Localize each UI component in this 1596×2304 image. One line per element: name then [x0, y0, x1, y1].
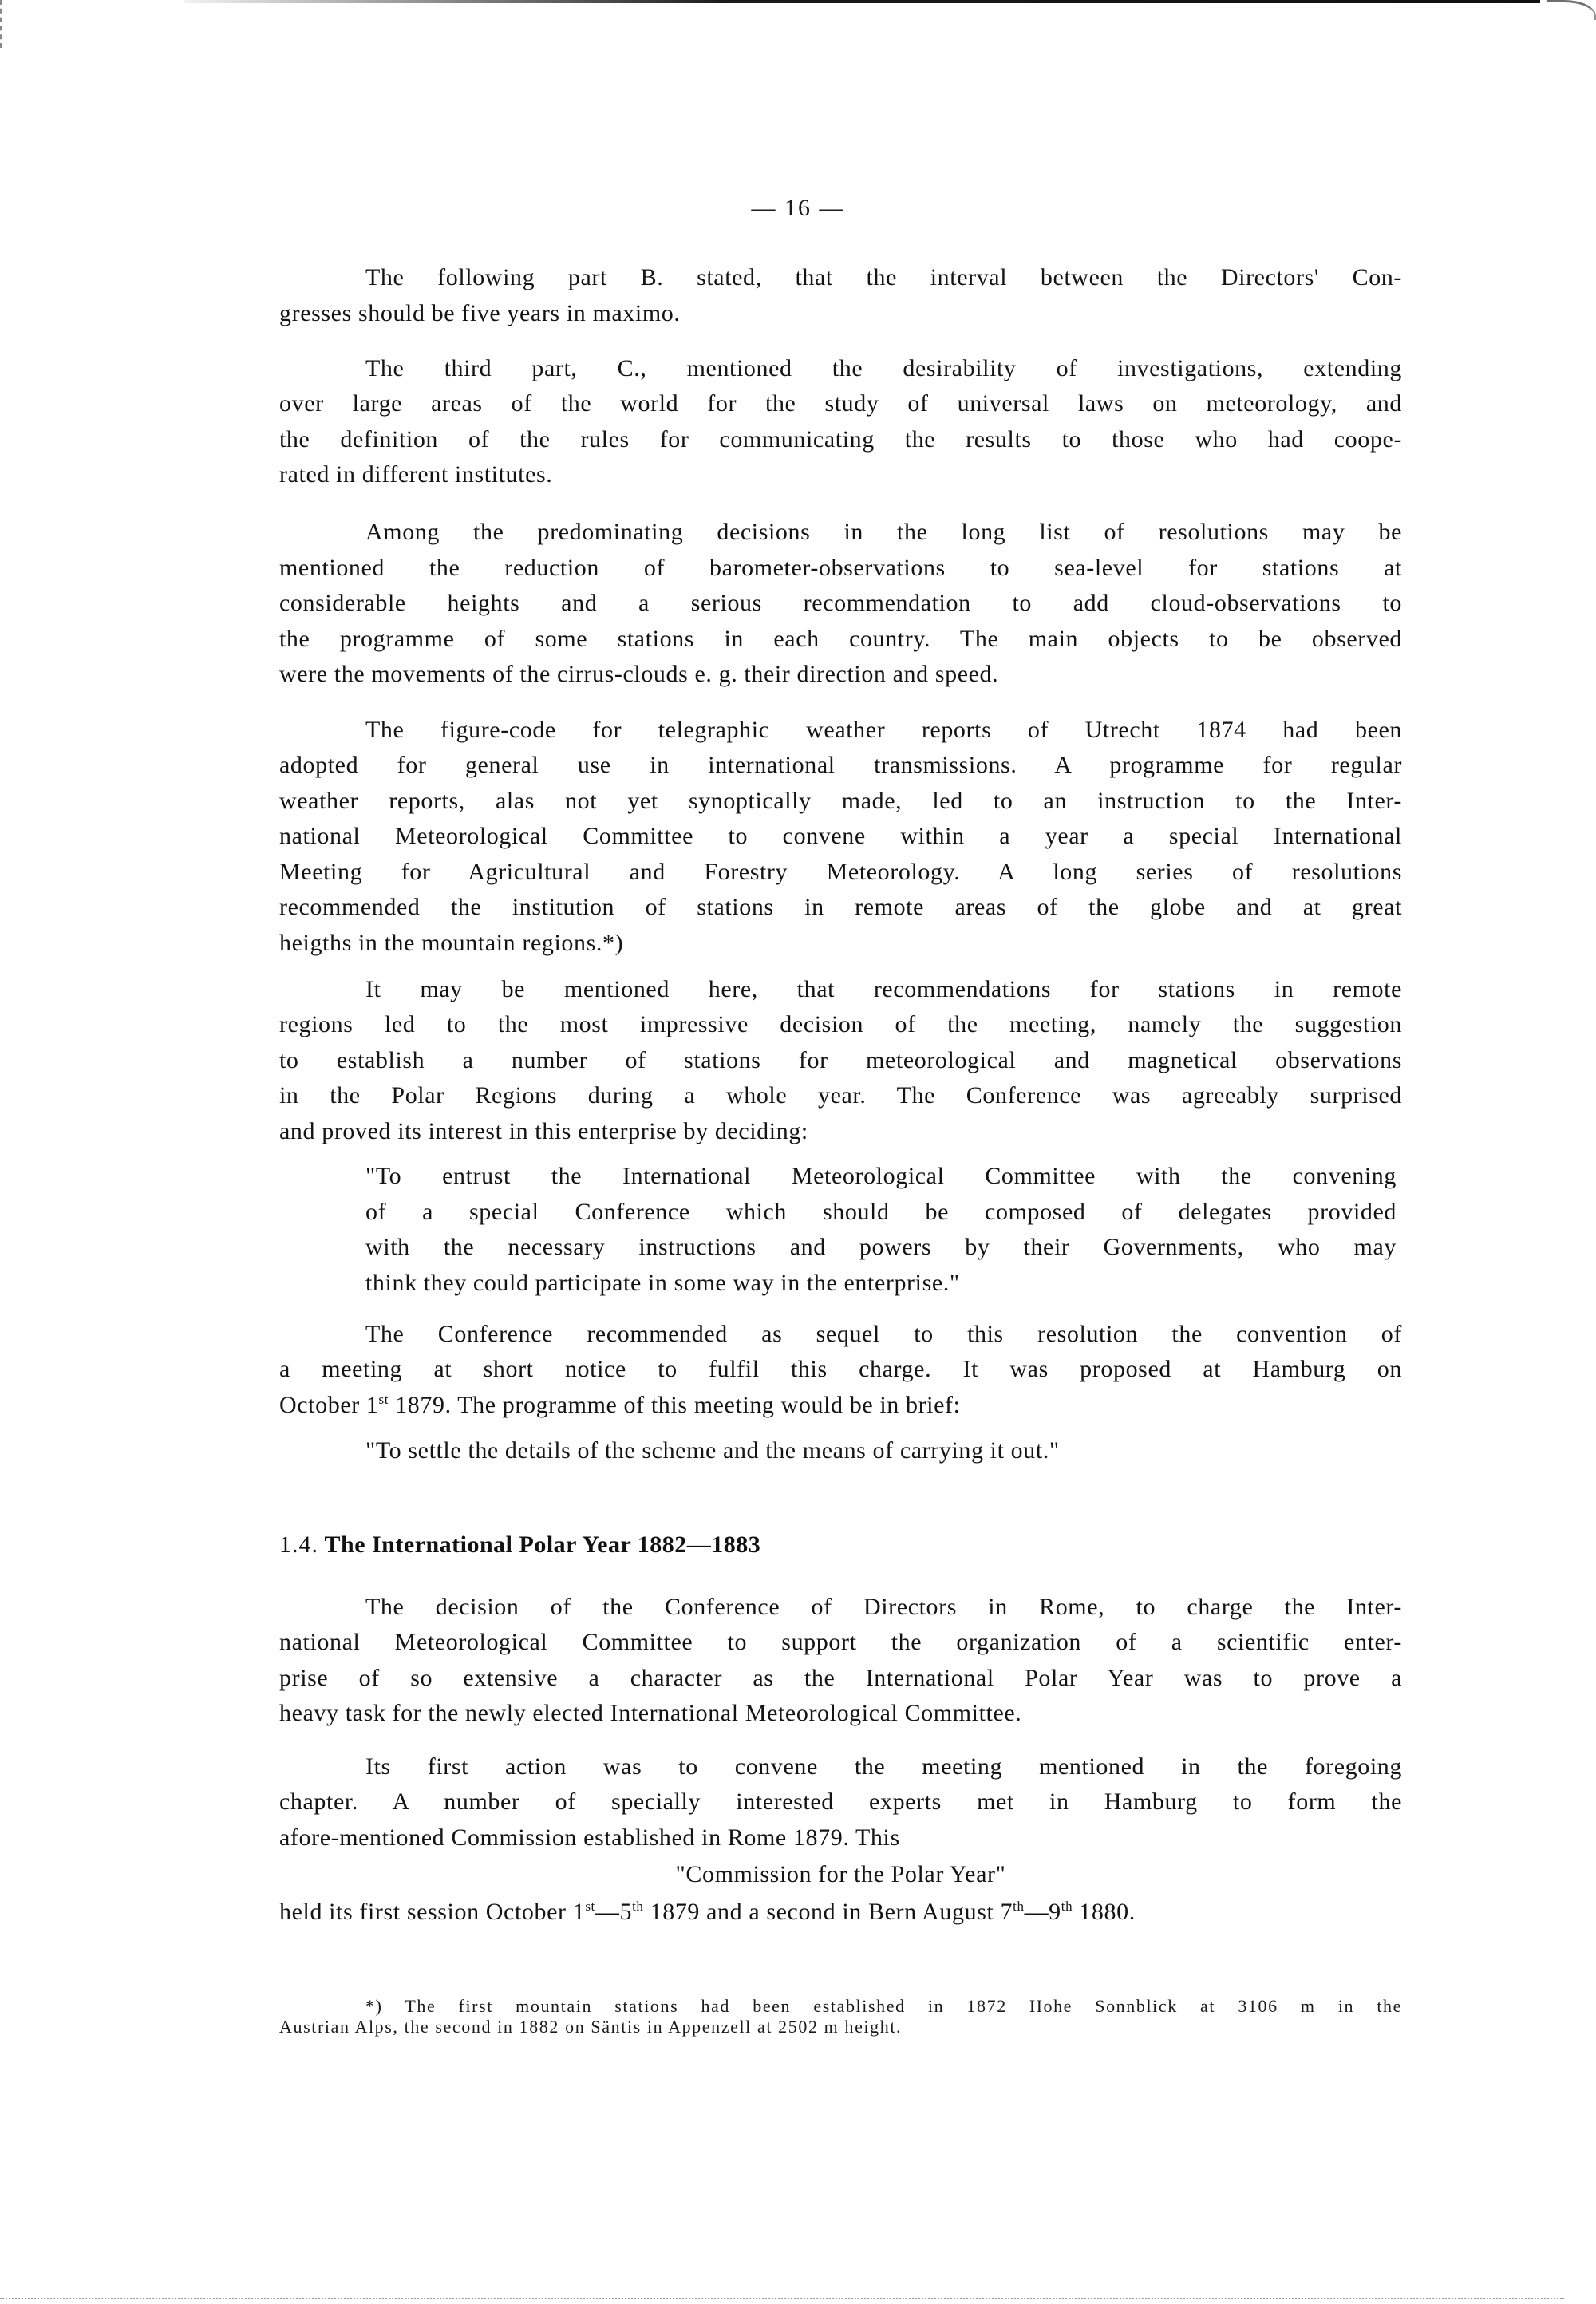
- paragraph-line: Among the predominating decisions in the…: [365, 515, 1402, 550]
- paragraph-line: heigths in the mountain regions.*): [279, 926, 1402, 961]
- paragraph-line: afore-mentioned Commission established i…: [279, 1820, 1402, 1855]
- page-corner-curl: [1547, 0, 1596, 20]
- paragraph-line: The following part B. stated, that the i…: [365, 260, 1402, 295]
- paragraph-line: regions led to the most impressive decis…: [279, 1007, 1402, 1042]
- page-top-edge: [184, 0, 1540, 3]
- blockquote-line: "To settle the details of the scheme and…: [365, 1433, 1396, 1468]
- text-fragment: 1879 and a second in Bern August 7: [644, 1899, 1013, 1925]
- ordinal-suffix: th: [1061, 1899, 1073, 1914]
- paragraph-line: The Conference recommended as sequel to …: [365, 1317, 1402, 1352]
- paragraph-line: recommended the institution of stations …: [279, 890, 1402, 925]
- paragraph-line: prise of so extensive a character as the…: [279, 1661, 1402, 1696]
- paragraph-line: The figure-code for telegraphic weather …: [365, 713, 1402, 748]
- paragraph-line: The decision of the Conference of Direct…: [365, 1590, 1402, 1625]
- scanned-page: — 16 — The following part B. stated, tha…: [0, 0, 1596, 2304]
- blockquote-line: "To entrust the International Meteorolog…: [365, 1159, 1396, 1194]
- footnote-line: Austrian Alps, the second in 1882 on Sän…: [279, 2016, 1402, 2038]
- centered-title-line: "Commission for the Polar Year": [279, 1857, 1402, 1892]
- section-heading: 1.4. The International Polar Year 1882—1…: [279, 1527, 760, 1563]
- text-fragment: 1880.: [1073, 1899, 1136, 1925]
- paragraph-line: and proved its interest in this enterpri…: [279, 1114, 1402, 1149]
- page-left-edge: [0, 0, 2, 48]
- paragraph-line: national Meteorological Committee to con…: [279, 819, 1402, 854]
- paragraph-line: chapter. A number of specially intereste…: [279, 1784, 1402, 1820]
- section-title: The International Polar Year 1882—1883: [325, 1531, 761, 1558]
- paragraph-line: were the movements of the cirrus-clouds …: [279, 657, 1402, 692]
- ordinal-suffix: st: [585, 1899, 595, 1914]
- paragraph-line: national Meteorological Committee to sup…: [279, 1625, 1402, 1660]
- text-fragment: 1879. The programme of this meeting woul…: [389, 1392, 960, 1418]
- blockquote-line: of a special Conference which should be …: [365, 1195, 1396, 1230]
- paragraph-line: the definition of the rules for communic…: [279, 422, 1402, 457]
- text-fragment: October 1: [279, 1392, 379, 1418]
- paragraph-line: October 1st 1879. The programme of this …: [279, 1388, 1402, 1423]
- footnote-line: *) The first mountain stations had been …: [365, 1995, 1402, 2017]
- text-fragment: held its first session October 1: [279, 1899, 585, 1925]
- page-number: — 16 —: [0, 195, 1596, 222]
- section-number: 1.4.: [279, 1531, 318, 1558]
- footnote-rule: [279, 1970, 448, 1970]
- text-fragment: —9: [1025, 1899, 1061, 1925]
- paragraph-line: over large areas of the world for the st…: [279, 386, 1402, 421]
- paragraph-line: held its first session October 1st—5th 1…: [279, 1895, 1402, 1930]
- ordinal-suffix: th: [1013, 1899, 1024, 1914]
- ordinal-suffix: st: [379, 1392, 389, 1407]
- paragraph-line: considerable heights and a serious recom…: [279, 586, 1402, 621]
- page-bottom-edge: [0, 2298, 1564, 2299]
- paragraph-line: Its first action was to convene the meet…: [365, 1749, 1402, 1784]
- paragraph-line: weather reports, alas not yet synoptical…: [279, 784, 1402, 819]
- paragraph-line: to establish a number of stations for me…: [279, 1043, 1402, 1078]
- paragraph-line: heavy task for the newly elected Interna…: [279, 1696, 1402, 1731]
- paragraph-line: rated in different institutes.: [279, 457, 1402, 492]
- paragraph-line: mentioned the reduction of barometer-obs…: [279, 551, 1402, 586]
- ordinal-suffix: th: [632, 1899, 643, 1914]
- paragraph-line: the programme of some stations in each c…: [279, 622, 1402, 657]
- blockquote-line: with the necessary instructions and powe…: [365, 1230, 1396, 1265]
- paragraph-line: It may be mentioned here, that recommend…: [365, 972, 1402, 1007]
- paragraph-line: a meeting at short notice to fulfil this…: [279, 1352, 1402, 1387]
- paragraph-line: Meeting for Agricultural and Forestry Me…: [279, 855, 1402, 890]
- paragraph-line: The third part, C., mentioned the desira…: [365, 351, 1402, 386]
- paragraph-line: adopted for general use in international…: [279, 748, 1402, 783]
- text-fragment: —5: [595, 1899, 632, 1925]
- blockquote-line: think they could participate in some way…: [365, 1266, 1396, 1301]
- paragraph-line: gresses should be five years in maximo.: [279, 296, 1402, 331]
- paragraph-line: in the Polar Regions during a whole year…: [279, 1078, 1402, 1113]
